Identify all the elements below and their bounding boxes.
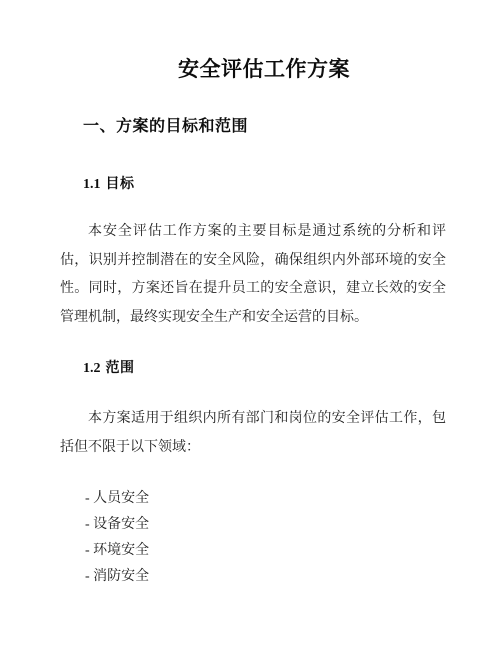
subsection-number: 1.1 [83, 177, 101, 192]
document-page: 安全评估工作方案 一、方案的目标和范围 1.1目标 本安全评估工作方案的主要目标… [0, 0, 500, 647]
scope-list: - 人员安全 - 设备安全 - 环境安全 - 消防安全 [85, 486, 446, 590]
subsection-number: 1.2 [83, 361, 101, 376]
list-item-environment-safety: - 环境安全 [85, 538, 446, 564]
list-item-fire-safety: - 消防安全 [85, 564, 446, 590]
subsection-label: 范围 [106, 359, 135, 375]
subsection-label: 目标 [106, 175, 135, 191]
subsection-heading-scope: 1.2范围 [83, 357, 446, 379]
list-item-personnel-safety: - 人员安全 [85, 486, 446, 512]
paragraph-scope: 本方案适用于组织内所有部门和岗位的安全评估工作，包括但不限于以下领域： [60, 405, 446, 462]
paragraph-goal: 本安全评估工作方案的主要目标是通过系统的分析和评估，识别并控制潜在的安全风险，确… [60, 218, 446, 332]
document-title: 安全评估工作方案 [60, 56, 446, 84]
list-item-equipment-safety: - 设备安全 [85, 512, 446, 538]
subsection-heading-goal: 1.1目标 [83, 173, 446, 195]
section-heading: 一、方案的目标和范围 [83, 116, 446, 138]
